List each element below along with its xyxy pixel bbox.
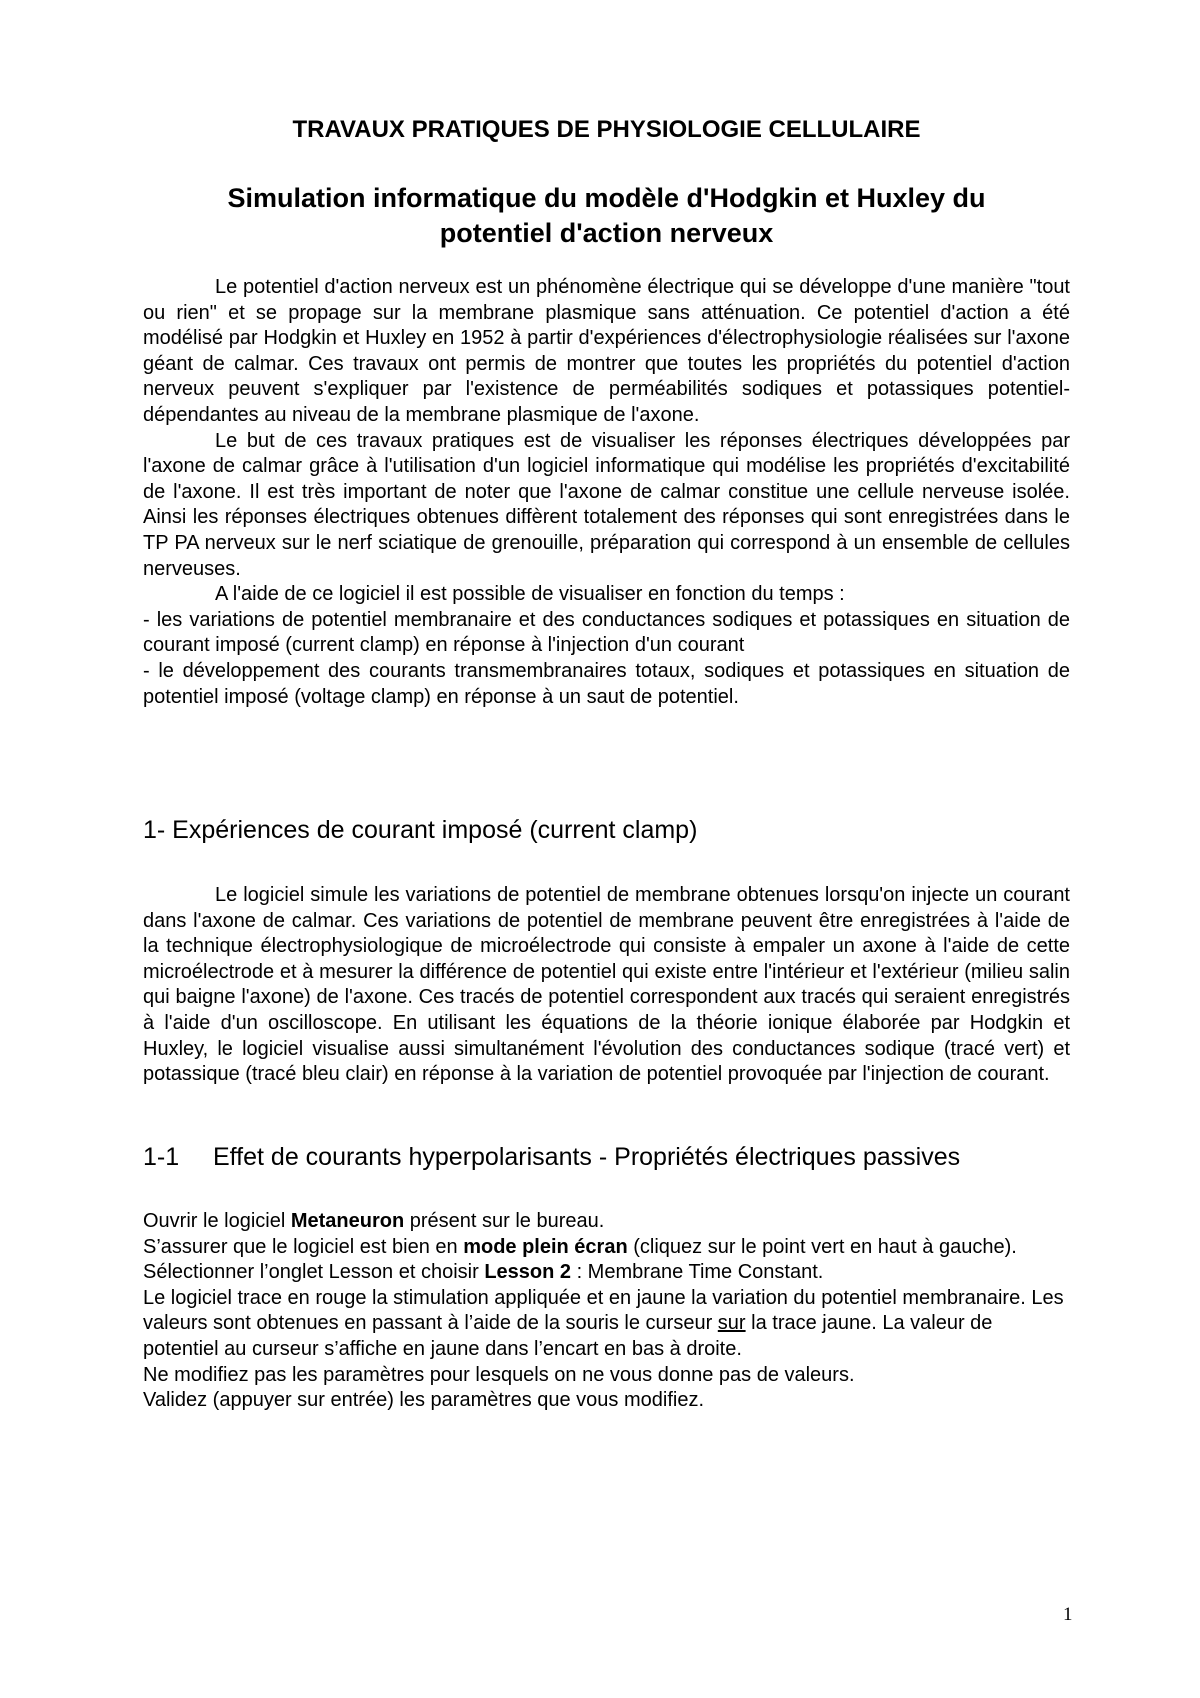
section-1-paragraph: Le logiciel simule les variations de pot…: [143, 883, 1070, 1088]
section-1-body: Le logiciel simule les variations de pot…: [143, 883, 1070, 1088]
document-header: TRAVAUX PRATIQUES DE PHYSIOLOGIE CELLULA…: [143, 116, 1070, 144]
page-number: 1: [1063, 1604, 1073, 1626]
fullscreen-mode-label: mode plein écran: [463, 1236, 628, 1258]
lesson-label: Lesson 2: [484, 1261, 571, 1283]
instruction-text: S’assurer que le logiciel est bien en: [143, 1236, 463, 1258]
section-1-1-title: Effet de courants hyperpolarisants - Pro…: [213, 1143, 960, 1171]
section-1-number: 1-: [143, 815, 165, 845]
instruction-traces: Le logiciel trace en rouge la stimulatio…: [143, 1286, 1070, 1363]
section-1-heading: 1- Expériences de courant imposé (curren…: [143, 815, 1070, 845]
document-title-line-2: potentiel d'action nerveux: [143, 216, 1070, 251]
underlined-word: sur: [718, 1312, 746, 1334]
instruction-parameters: Ne modifiez pas les paramètres pour lesq…: [143, 1363, 1070, 1389]
intro-paragraph-2: Le but de ces travaux pratiques est de v…: [143, 429, 1070, 583]
intro-section: Le potentiel d'action nerveux est un phé…: [143, 275, 1070, 710]
document-title: Simulation informatique du modèle d'Hodg…: [143, 181, 1070, 251]
intro-paragraph-3: A l'aide de ce logiciel il est possible …: [143, 582, 1070, 608]
instruction-text: : Membrane Time Constant.: [571, 1261, 823, 1283]
section-1-title: Expériences de courant imposé (current c…: [165, 816, 697, 844]
instruction-text: présent sur le bureau.: [404, 1210, 604, 1232]
intro-paragraph-1: Le potentiel d'action nerveux est un phé…: [143, 275, 1070, 429]
section-1-1-number: 1-1: [143, 1142, 213, 1172]
instruction-open-software: Ouvrir le logiciel Metaneuron présent su…: [143, 1209, 1070, 1235]
document-title-line-1: Simulation informatique du modèle d'Hodg…: [143, 181, 1070, 216]
instruction-validate: Validez (appuyer sur entrée) les paramèt…: [143, 1388, 1070, 1414]
section-1-1-heading: 1-1Effet de courants hyperpolarisants - …: [143, 1142, 1070, 1172]
instruction-select-lesson: Sélectionner l’onglet Lesson et choisir …: [143, 1260, 1070, 1286]
intro-bullet-1: - les variations de potentiel membranair…: [143, 608, 1070, 659]
instruction-text: Ouvrir le logiciel: [143, 1210, 291, 1232]
intro-bullet-2: - le développement des courants transmem…: [143, 659, 1070, 710]
instruction-fullscreen: S’assurer que le logiciel est bien en mo…: [143, 1235, 1070, 1261]
instruction-text: Sélectionner l’onglet Lesson et choisir: [143, 1261, 484, 1283]
section-1-1-instructions: Ouvrir le logiciel Metaneuron présent su…: [143, 1209, 1070, 1414]
software-name: Metaneuron: [291, 1210, 404, 1232]
instruction-text: (cliquez sur le point vert en haut à gau…: [628, 1236, 1017, 1258]
